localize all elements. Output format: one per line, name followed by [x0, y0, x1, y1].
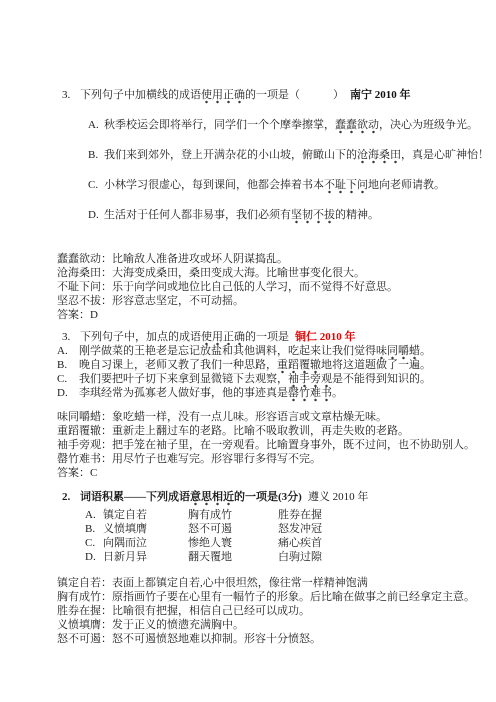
- glossary-line: 怒不可遏：怒不可遏愤怒地难以抑制。形容十分愤怒。: [57, 632, 492, 646]
- answer-line: 答案：C: [57, 466, 492, 480]
- idiom-emphasis: 蠢蠢欲动: [335, 119, 379, 134]
- title-text-post: 的一项是（ ）: [245, 89, 344, 101]
- exam-source: 南宁 2010 年: [350, 89, 411, 101]
- question-title: 3.下列句子中，加点的成语使用正确的一项是铜仁 2010 年: [62, 330, 492, 344]
- glossary-line: 蠢蠢欲动：比喻敌人准备进攻或坏人阴谋捣乱。: [57, 252, 492, 266]
- title-emphasis: 使用正确: [201, 89, 245, 104]
- option-text: 刚学做菜的王艳老是忘记放盐和其他调料，吃起来让我们觉得: [79, 345, 376, 357]
- option-row-b: B.义愤填膺怒不可遏怒发冲冠: [85, 522, 492, 536]
- title-text: 下列句子中加横线的成语: [80, 89, 201, 101]
- option-text: 晚自习课上，老师又教了我们一种思路，: [79, 359, 277, 371]
- glossary-line: 镇定自若：表面上都镇定自若,心中很坦然，像往常一样精神饱满: [57, 576, 492, 590]
- option-label: A.: [57, 344, 79, 358]
- glossary-line: 坚忍不拔：形容意志坚定，不可动摇。: [57, 294, 492, 308]
- option-d: D.李琪经常为孤寡老人做好事，他的事迹真是罄竹难书。: [57, 386, 492, 400]
- idiom: 白驹过隙: [278, 551, 322, 563]
- glossary-line: 胜券在握：比喻很有把握，相信自己已经可以成功。: [57, 604, 492, 618]
- option-text: 秋季校运会即将举行，同学们一个个摩拳擦掌，: [104, 119, 335, 131]
- option-b: B.我们来到郊外，登上开满杂花的小山坡，俯瞰山下的沧海桑田，真是心旷神怡！: [88, 148, 492, 162]
- question-number: 2.: [62, 490, 80, 504]
- idiom: 义愤填膺: [103, 522, 188, 536]
- glossary-line: 袖手旁观：把手笼在袖子里，在一旁观看。比喻置身事外，既不过问，也不协助别人。: [57, 438, 492, 452]
- idiom: 惨绝人寰: [188, 536, 278, 550]
- title-text-post: 的一项是: [245, 331, 289, 343]
- option-text-post: 地将这道题做了一遍。: [321, 359, 431, 371]
- glossary-line: 胸有成竹：原指画竹子要在心里有一幅竹子的形象。后比喻在做事之前已经拿定主意。: [57, 590, 492, 604]
- option-label: D.: [57, 386, 79, 400]
- question-number: 3.: [62, 330, 80, 344]
- option-a: A.刚学做菜的王艳老是忘记放盐和其他调料，吃起来让我们觉得味同嚼蜡。: [57, 344, 492, 358]
- glossary-line: 重蹈覆辙：重新走上翻过车的老路。比喻不吸取教训，再走失败的老路。: [57, 424, 492, 438]
- exam-source: 铜仁 2010 年: [295, 331, 356, 343]
- option-row-c: C.向隅而泣惨绝人寰痛心疾首: [85, 536, 492, 550]
- option-a: A.秋季校运会即将举行，同学们一个个摩拳擦掌，蠢蠢欲动，决心为班级争光。: [88, 118, 492, 132]
- exam-document-page: 3.下列句子中加横线的成语使用正确的一项是（ ）南宁 2010 年 A.秋季校运…: [0, 0, 496, 702]
- idiom: 怒不可遏: [188, 522, 278, 536]
- option-row-a: A.镇定自若胸有成竹胜券在握: [85, 508, 492, 522]
- option-d: D.生活对于任何人都非易事，我们必须有坚韧不拔的精神。: [88, 208, 492, 222]
- title-text-post: 的一项是(3分): [234, 491, 302, 503]
- option-label: C.: [85, 536, 103, 550]
- option-text-post: ，真是心旷神怡！: [401, 149, 489, 161]
- glossary-line: 罄竹难书：用尽竹子也难写完。形容罪行多得写不完。: [57, 452, 492, 466]
- idiom: 胸有成竹: [188, 508, 278, 522]
- title-text: 词语积累——下列成语: [80, 491, 190, 503]
- idiom: 胜券在握: [278, 509, 322, 521]
- exam-source: 遵义 2010 年: [308, 491, 369, 503]
- title-emphasis: 意思相近: [190, 491, 234, 506]
- option-c: C.小林学习很虚心，每到课间，他都会捧着书本不耻下问地向老师请教。: [88, 178, 492, 192]
- glossary-line: 不耻下问：乐于向学问或地位比自己低的人学习，而不觉得不好意思。: [57, 280, 492, 294]
- option-label: B.: [57, 358, 79, 372]
- option-text: 李琪经常为孤寡老人做好事，他的事迹真是: [79, 387, 288, 399]
- option-text-post: 。: [332, 387, 343, 399]
- option-text-post: 是不能得到知识的。: [332, 373, 431, 385]
- glossary-block: 味同嚼蜡：象吃蜡一样，没有一点儿味。形容语言或文章枯燥无味。 重蹈覆辙：重新走上…: [57, 410, 492, 480]
- glossary-line: 义愤填膺：发于正义的愤懑充满胸中。: [57, 618, 492, 632]
- idiom-emphasis: 坚韧不拔: [291, 209, 335, 224]
- question-zunyi-2010: 2.词语积累——下列成语意思相近的一项是(3分)遵义 2010 年 A.镇定自若…: [57, 490, 492, 646]
- option-c: C.我们要把叶子切下来拿到显微镜下去观察，袖手旁观是不能得到知识的。: [57, 372, 492, 386]
- question-nanning-2010: 3.下列句子中加横线的成语使用正确的一项是（ ）南宁 2010 年 A.秋季校运…: [57, 88, 492, 322]
- option-text: 生活对于任何人都非易事，我们必须有: [104, 209, 291, 221]
- glossary-block: 蠢蠢欲动：比喻敌人准备进攻或坏人阴谋捣乱。 沧海桑田：大海变成桑田，桑田变成大海…: [57, 252, 492, 322]
- question-number: 3.: [62, 88, 80, 102]
- option-row-d: D.日新月异翻天覆地白驹过隙: [85, 550, 492, 564]
- idiom: 向隅而泣: [103, 536, 188, 550]
- option-label: D.: [88, 208, 104, 222]
- idiom: 日新月异: [103, 550, 188, 564]
- option-text: 我们要把叶子切下来拿到显微镜下去观察，: [79, 373, 288, 385]
- glossary-line: 味同嚼蜡：象吃蜡一样，没有一点儿味。形容语言或文章枯燥无味。: [57, 410, 492, 424]
- option-label: B.: [85, 522, 103, 536]
- option-text-post: ，决心为班级争光。: [379, 119, 478, 131]
- option-label: D.: [85, 550, 103, 564]
- option-text-post: 。: [420, 345, 431, 357]
- option-label: B.: [88, 148, 104, 162]
- option-text-post: 的精神。: [335, 209, 379, 221]
- question-title: 3.下列句子中加横线的成语使用正确的一项是（ ）南宁 2010 年: [62, 88, 492, 102]
- option-text-post: 地向老师请教。: [368, 179, 445, 191]
- option-label: A.: [85, 508, 103, 522]
- title-text: 下列句子中，加点的成语: [80, 331, 201, 343]
- idiom: 翻天覆地: [188, 550, 278, 564]
- option-label: C.: [88, 178, 104, 192]
- option-b: B.晚自习课上，老师又教了我们一种思路，重蹈覆辙地将这道题做了一遍。: [57, 358, 492, 372]
- glossary-block: 镇定自若：表面上都镇定自若,心中很坦然，像往常一样精神饱满 胸有成竹：原指画竹子…: [57, 576, 492, 646]
- idiom: 怒发冲冠: [278, 523, 322, 535]
- idiom-emphasis: 不耻下问: [324, 179, 368, 194]
- question-tongren-2010: 3.下列句子中，加点的成语使用正确的一项是铜仁 2010 年 A.刚学做菜的王艳…: [57, 330, 492, 480]
- option-label: C.: [57, 372, 79, 386]
- option-text: 小林学习很虚心，每到课间，他都会捧着书本: [104, 179, 324, 191]
- option-text: 我们来到郊外，登上开满杂花的小山坡，俯瞰山下的: [104, 149, 357, 161]
- idiom-emphasis: 罄竹难书: [288, 387, 332, 402]
- option-label: A.: [88, 118, 104, 132]
- idiom: 痛心疾首: [278, 537, 322, 549]
- idiom-emphasis: 沧海桑田: [357, 149, 401, 164]
- idiom: 镇定自若: [103, 508, 188, 522]
- glossary-line: 沧海桑田：大海变成桑田，桑田变成大海。比喻世事变化很大。: [57, 266, 492, 280]
- question-title: 2.词语积累——下列成语意思相近的一项是(3分)遵义 2010 年: [62, 490, 492, 504]
- answer-line: 答案：D: [57, 308, 492, 322]
